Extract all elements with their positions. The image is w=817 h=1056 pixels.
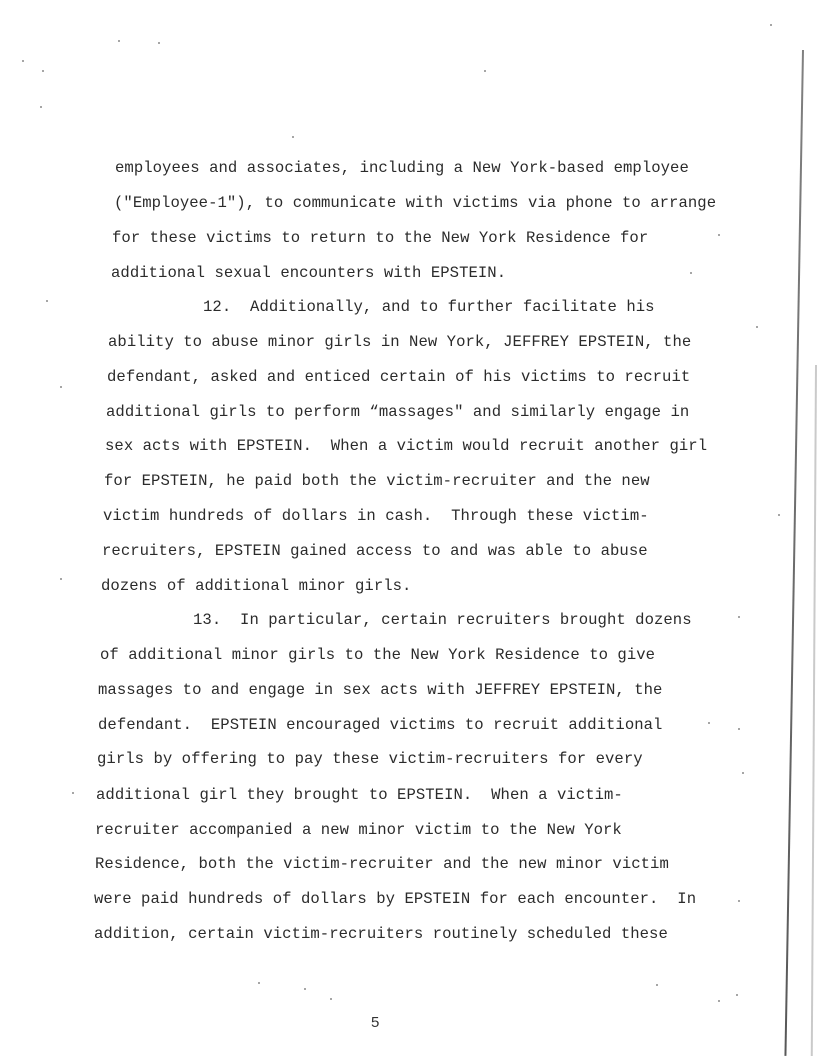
text-line: Residence, both the victim-recruiter and… <box>95 855 669 873</box>
scan-speck <box>304 988 306 990</box>
scan-speck <box>736 994 738 996</box>
paragraph-13-first-line: 13. In particular, certain recruiters br… <box>193 611 692 629</box>
scan-speck <box>742 772 744 774</box>
scan-speck <box>60 578 62 580</box>
text-line: additional sexual encounters with EPSTEI… <box>111 264 506 282</box>
scan-speck <box>158 42 160 44</box>
scan-speck <box>72 792 74 794</box>
scan-speck <box>738 616 740 618</box>
text-line: recruiters, EPSTEIN gained access to and… <box>102 542 648 560</box>
text-line: additional girls to perform “massages″ a… <box>106 403 689 421</box>
scan-edge-line <box>784 50 804 1056</box>
scan-speck <box>738 900 740 902</box>
text-line: of additional minor girls to the New Yor… <box>100 646 655 664</box>
scan-edge-line-secondary <box>811 365 817 1056</box>
text-line: employees and associates, including a Ne… <box>115 159 689 177</box>
document-page: employees and associates, including a Ne… <box>0 0 817 1056</box>
text-line: for EPSTEIN, he paid both the victim-rec… <box>104 472 650 490</box>
text-line: dozens of additional minor girls. <box>101 577 411 595</box>
scan-speck <box>708 722 710 724</box>
scan-speck <box>690 272 692 274</box>
scan-speck <box>656 984 658 986</box>
scan-speck <box>22 60 24 62</box>
scan-speck <box>60 386 62 388</box>
scan-speck <box>778 514 780 516</box>
scan-speck <box>738 728 740 730</box>
text-line: massages to and engage in sex acts with … <box>98 681 662 699</box>
scan-speck <box>484 70 486 72</box>
scan-speck <box>258 982 260 984</box>
text-line: additional girl they brought to EPSTEIN.… <box>96 786 623 804</box>
page-number: 5 <box>371 1014 379 1031</box>
scan-speck <box>42 70 44 72</box>
scan-speck <box>330 998 332 1000</box>
scan-speck <box>40 106 42 108</box>
scan-speck <box>756 326 758 328</box>
scan-speck <box>718 1000 720 1002</box>
text-line: defendant, asked and enticed certain of … <box>107 368 690 386</box>
text-line: ability to abuse minor girls in New York… <box>108 333 691 351</box>
paragraph-12-first-line: 12. Additionally, and to further facilit… <box>203 298 655 316</box>
text-line: recruiter accompanied a new minor victim… <box>95 821 622 839</box>
scan-speck <box>718 234 720 236</box>
text-line: ("Employee-1″), to communicate with vict… <box>114 194 716 212</box>
text-line: victim hundreds of dollars in cash. Thro… <box>103 507 649 525</box>
scan-speck <box>46 300 48 302</box>
text-line: for these victims to return to the New Y… <box>112 229 648 247</box>
text-line: addition, certain victim-recruiters rout… <box>94 925 668 943</box>
text-line: girls by offering to pay these victim-re… <box>97 750 643 768</box>
text-line: sex acts with EPSTEIN. When a victim wou… <box>105 437 707 455</box>
scan-speck <box>770 24 772 26</box>
scan-speck <box>118 40 120 42</box>
text-line: defendant. EPSTEIN encouraged victims to… <box>98 716 662 734</box>
text-line: were paid hundreds of dollars by EPSTEIN… <box>94 890 696 908</box>
scan-speck <box>292 136 294 138</box>
